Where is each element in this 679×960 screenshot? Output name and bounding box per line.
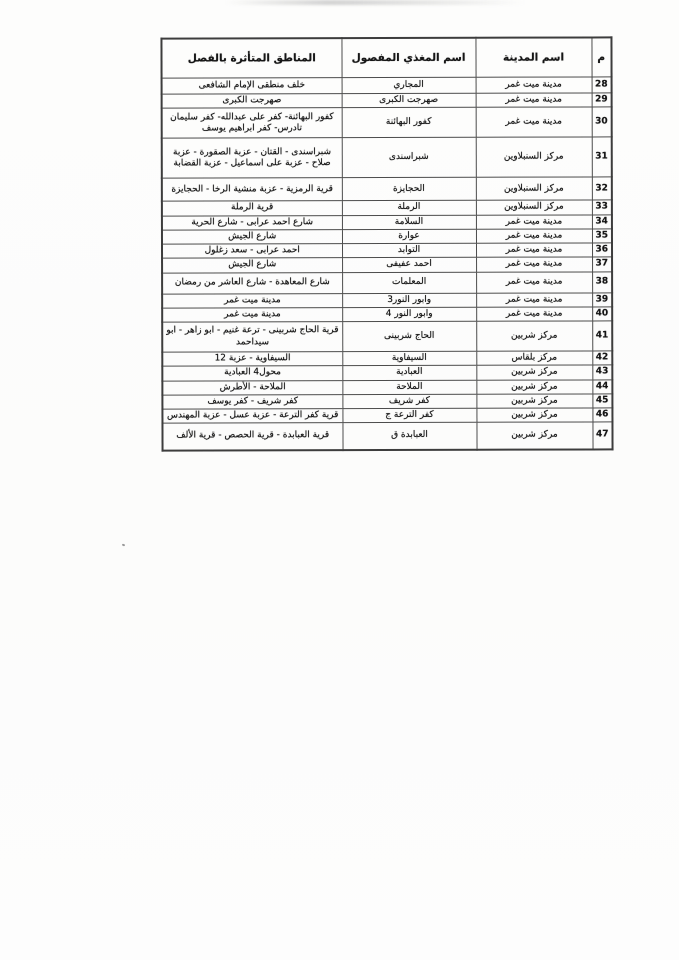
feeder-name-cell: المعلمات <box>342 272 476 293</box>
feeder-name-cell: صهرجت الكبرى <box>342 93 476 108</box>
feeder-name-cell: العبادية <box>342 366 476 381</box>
feeder-name-cell: وابور النور 4 <box>342 307 476 322</box>
city-name-cell: مدينة ميت غمر <box>476 229 592 244</box>
row-number-cell: 36 <box>592 243 612 257</box>
affected-areas-cell: شارع الجيش <box>162 229 342 244</box>
row-number-cell: 43 <box>592 365 612 379</box>
header-number: م <box>591 37 611 77</box>
city-name-cell: مدينة ميت غمر <box>476 307 592 322</box>
city-name-cell: مركز شربين <box>476 394 592 409</box>
feeder-name-cell: كفر الترعة ج <box>342 408 476 423</box>
affected-areas-cell: شارع احمد عرابى - شارع الحرية <box>162 215 342 230</box>
row-number-cell: 44 <box>592 379 612 393</box>
affected-areas-cell: مدينة ميت غمر <box>162 307 342 322</box>
city-name-cell: مركز شربين <box>476 365 592 380</box>
row-number-cell: 46 <box>592 408 612 422</box>
row-number-cell: 30 <box>592 107 612 137</box>
city-name-cell: مدينة ميت غمر <box>476 77 592 93</box>
feeder-name-cell: شبراسندى <box>342 138 476 178</box>
feeder-name-cell: احمد عفيفى <box>342 258 476 273</box>
city-name-cell: مركز بلقاس <box>476 351 592 366</box>
affected-areas-cell: السيفاوية - عزبة 12 <box>162 352 342 367</box>
city-name-cell: مركز شربين <box>476 321 592 351</box>
feeder-name-cell: عوارة <box>342 229 476 244</box>
table-row: 32 مركز السنبلاوين الحجايزة قرية الرمزية… <box>162 177 612 201</box>
affected-areas-cell: قرية كفر الترعة - عزبة عسل - عزبة المهند… <box>162 409 342 424</box>
table-row: 30 مدينة ميت غمر كفور البهائنة كفور البه… <box>162 107 612 138</box>
table-header: م اسم المدينة اسم المغذي المفصول المناطق… <box>161 37 611 78</box>
table-row: 44 مركز شربين الملاحة الملاحة - الأطرش <box>162 379 612 394</box>
affected-areas-cell: شارع المعاهدة - شارع العاشر من رمضان <box>162 272 342 293</box>
row-number-cell: 40 <box>592 307 612 321</box>
table-row: 39 مدينة ميت غمر وابور النور3 مدينة ميت … <box>162 292 612 307</box>
city-name-cell: مركز السنبلاوين <box>476 137 592 177</box>
feeder-name-cell: السلامة <box>342 215 476 230</box>
table-row: 46 مركز شربين كفر الترعة ج قرية كفر التر… <box>162 408 612 423</box>
feeder-name-cell: المجاري <box>342 77 476 93</box>
feeder-name-cell: كفور البهائنة <box>342 108 476 138</box>
row-number-cell: 42 <box>592 351 612 365</box>
header-feeder-name: اسم المغذي المفصول <box>341 38 475 78</box>
table-row: 36 مدينة ميت غمر التوابد احمد عرابى - سع… <box>162 243 612 258</box>
table-row: 31 مركز السنبلاوين شبراسندى شبراسندى - ا… <box>162 137 612 178</box>
feeder-name-cell: وابور النور3 <box>342 293 476 308</box>
header-city-name: اسم المدينة <box>475 37 591 77</box>
feeder-name-cell: السيفاوية <box>342 351 476 366</box>
affected-areas-cell: كفور البهائنة- كفر على عبدالله- كفر سليم… <box>162 108 342 138</box>
city-name-cell: مدينة ميت غمر <box>476 107 592 137</box>
row-number-cell: 47 <box>592 422 612 449</box>
city-name-cell: مدينة ميت غمر <box>476 257 592 272</box>
table-row: 45 مركز شربين كفر شريف كفر شريف - كفر يو… <box>162 394 612 409</box>
scan-speck-artifact <box>122 544 126 547</box>
row-number-cell: 45 <box>592 394 612 408</box>
table-row: 29 مدينة ميت غمر صهرجت الكبرى صهرجت الكب… <box>162 93 612 108</box>
affected-areas-cell: احمد عرابى - سعد زغلول <box>162 244 342 259</box>
affected-areas-cell: قرية العبابدة - قرية الحصص - قرية الألف <box>162 423 342 450</box>
row-number-cell: 37 <box>592 257 612 271</box>
row-number-cell: 32 <box>592 177 612 200</box>
city-name-cell: مدينة ميت غمر <box>476 243 592 258</box>
affected-areas-cell: شبراسندى - القتان - عزبة الصقورة - عزبة … <box>162 138 342 178</box>
table-row: 40 مدينة ميت غمر وابور النور 4 مدينة ميت… <box>162 307 612 322</box>
row-number-cell: 41 <box>592 321 612 351</box>
feeder-name-cell: الحاج شربينى <box>342 321 476 351</box>
table-row: 34 مدينة ميت غمر السلامة شارع احمد عرابى… <box>162 214 612 229</box>
table-row: 43 مركز شربين العبادية محول4 العبادية <box>162 365 612 380</box>
table-row: 28 مدينة ميت غمر المجاري خلف منطقى الإما… <box>162 77 612 94</box>
affected-areas-cell: كفر شريف - كفر يوسف <box>162 394 342 409</box>
feeder-name-cell: العبابدة ق <box>342 423 476 450</box>
city-name-cell: مركز شربين <box>476 422 592 449</box>
table-row: 42 مركز بلقاس السيفاوية السيفاوية - عزبة… <box>162 351 612 366</box>
feeder-name-cell: الرملة <box>342 201 476 216</box>
table-row: 47 مركز شربين العبابدة ق قرية العبابدة -… <box>162 422 612 450</box>
city-name-cell: مدينة ميت غمر <box>476 292 592 307</box>
table-row: 41 مركز شربين الحاج شربينى قرية الحاج شر… <box>162 321 612 352</box>
row-number-cell: 33 <box>592 200 612 214</box>
table-row: 38 مدينة ميت غمر المعلمات شارع المعاهدة … <box>162 271 612 293</box>
city-name-cell: مركز السنبلاوين <box>476 200 592 215</box>
header-row: م اسم المدينة اسم المغذي المفصول المناطق… <box>161 37 611 78</box>
city-name-cell: مركز السنبلاوين <box>476 177 592 200</box>
affected-areas-cell: قرية الرملة <box>162 201 342 216</box>
affected-areas-cell: الملاحة - الأطرش <box>162 380 342 395</box>
affected-areas-cell: قرية الحاج شربينى - ترعة غنيم - ابو زاهر… <box>162 322 342 352</box>
city-name-cell: مركز شربين <box>476 379 592 394</box>
affected-areas-cell: شارع الجيش <box>162 258 342 273</box>
table-body: 28 مدينة ميت غمر المجاري خلف منطقى الإما… <box>162 77 613 450</box>
row-number-cell: 38 <box>592 271 612 292</box>
table-row: 37 مدينة ميت غمر احمد عفيفى شارع الجيش <box>162 257 612 272</box>
feeder-name-cell: كفر شريف <box>342 394 476 409</box>
city-name-cell: مدينة ميت غمر <box>476 93 592 108</box>
row-number-cell: 31 <box>592 137 612 177</box>
table-row: 33 مركز السنبلاوين الرملة قرية الرملة <box>162 200 612 215</box>
row-number-cell: 35 <box>592 229 612 243</box>
row-number-cell: 29 <box>592 93 612 107</box>
affected-areas-cell: خلف منطقى الإمام الشافعى <box>162 78 342 94</box>
table-row: 35 مدينة ميت غمر عوارة شارع الجيش <box>162 229 612 244</box>
affected-areas-cell: مدينة ميت غمر <box>162 293 342 308</box>
affected-areas-cell: محول4 العبادية <box>162 366 342 381</box>
feeder-name-cell: الملاحة <box>342 380 476 395</box>
scan-smudge-artifact <box>225 0 525 5</box>
scanned-page: م اسم المدينة اسم المغذي المفصول المناطق… <box>0 0 679 960</box>
city-name-cell: مدينة ميت غمر <box>476 271 592 292</box>
row-number-cell: 34 <box>592 214 612 228</box>
feeder-name-cell: التوابد <box>342 243 476 258</box>
feeder-name-cell: الحجايزة <box>342 178 476 201</box>
affected-areas-cell: قرية الرمزية - عزبة منشية الرخا - الحجاي… <box>162 178 342 201</box>
city-name-cell: مدينة ميت غمر <box>476 214 592 229</box>
row-number-cell: 28 <box>592 77 612 93</box>
city-name-cell: مركز شربين <box>476 408 592 423</box>
affected-areas-cell: صهرجت الكبرى <box>162 94 342 109</box>
header-affected-areas: المناطق المتأثرة بالفصل <box>161 38 341 78</box>
outage-schedule-table: م اسم المدينة اسم المغذي المفصول المناطق… <box>160 36 613 451</box>
row-number-cell: 39 <box>592 292 612 306</box>
